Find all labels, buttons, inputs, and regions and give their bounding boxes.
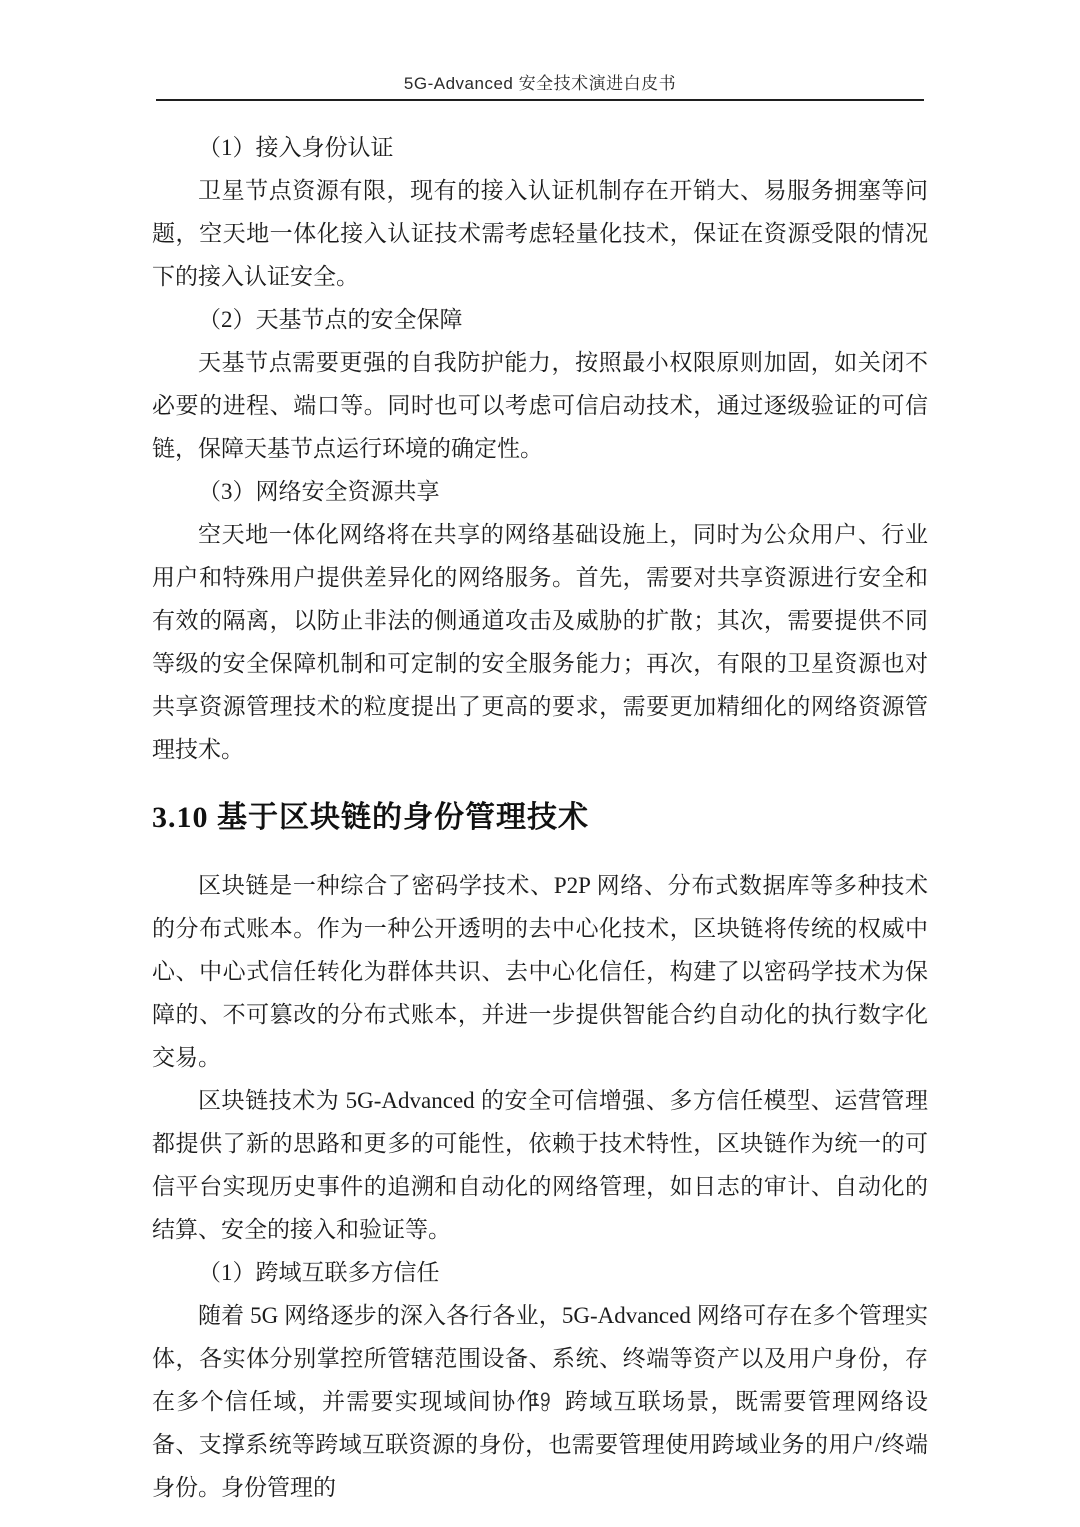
- item-heading-space-node-security: （2）天基节点的安全保障: [152, 298, 928, 341]
- paragraph-blockchain-5g-advanced: 区块链技术为 5G-Advanced 的安全可信增强、多方信任模型、运营管理都提…: [152, 1079, 928, 1251]
- item-heading-access-authentication: （1）接入身份认证: [152, 126, 928, 169]
- item-heading-network-resource-sharing: （3）网络安全资源共享: [152, 470, 928, 513]
- paragraph-shared-infrastructure: 空天地一体化网络将在共享的网络基础设施上，同时为公众用户、行业用户和特殊用户提供…: [152, 513, 928, 771]
- paragraph-space-node-protection: 天基节点需要更强的自我防护能力，按照最小权限原则加固，如关闭不必要的进程、端口等…: [152, 341, 928, 470]
- page-number: 19: [0, 1390, 1080, 1412]
- header-divider: [156, 99, 924, 101]
- document-page: 5G-Advanced 安全技术演进白皮书 （1）接入身份认证 卫星节点资源有限…: [0, 0, 1080, 1527]
- page-header-title: 5G-Advanced 安全技术演进白皮书: [156, 69, 924, 94]
- page-body: （1）接入身份认证 卫星节点资源有限，现有的接入认证机制存在开销大、易服务拥塞等…: [152, 126, 928, 1509]
- paragraph-blockchain-definition: 区块链是一种综合了密码学技术、P2P 网络、分布式数据库等多种技术的分布式账本。…: [152, 864, 928, 1079]
- item-heading-cross-domain-trust: （1）跨域互联多方信任: [152, 1251, 928, 1294]
- paragraph-satellite-node-resources: 卫星节点资源有限，现有的接入认证机制存在开销大、易服务拥塞等问题，空天地一体化接…: [152, 169, 928, 298]
- section-heading-blockchain-identity: 3.10 基于区块链的身份管理技术: [152, 797, 928, 839]
